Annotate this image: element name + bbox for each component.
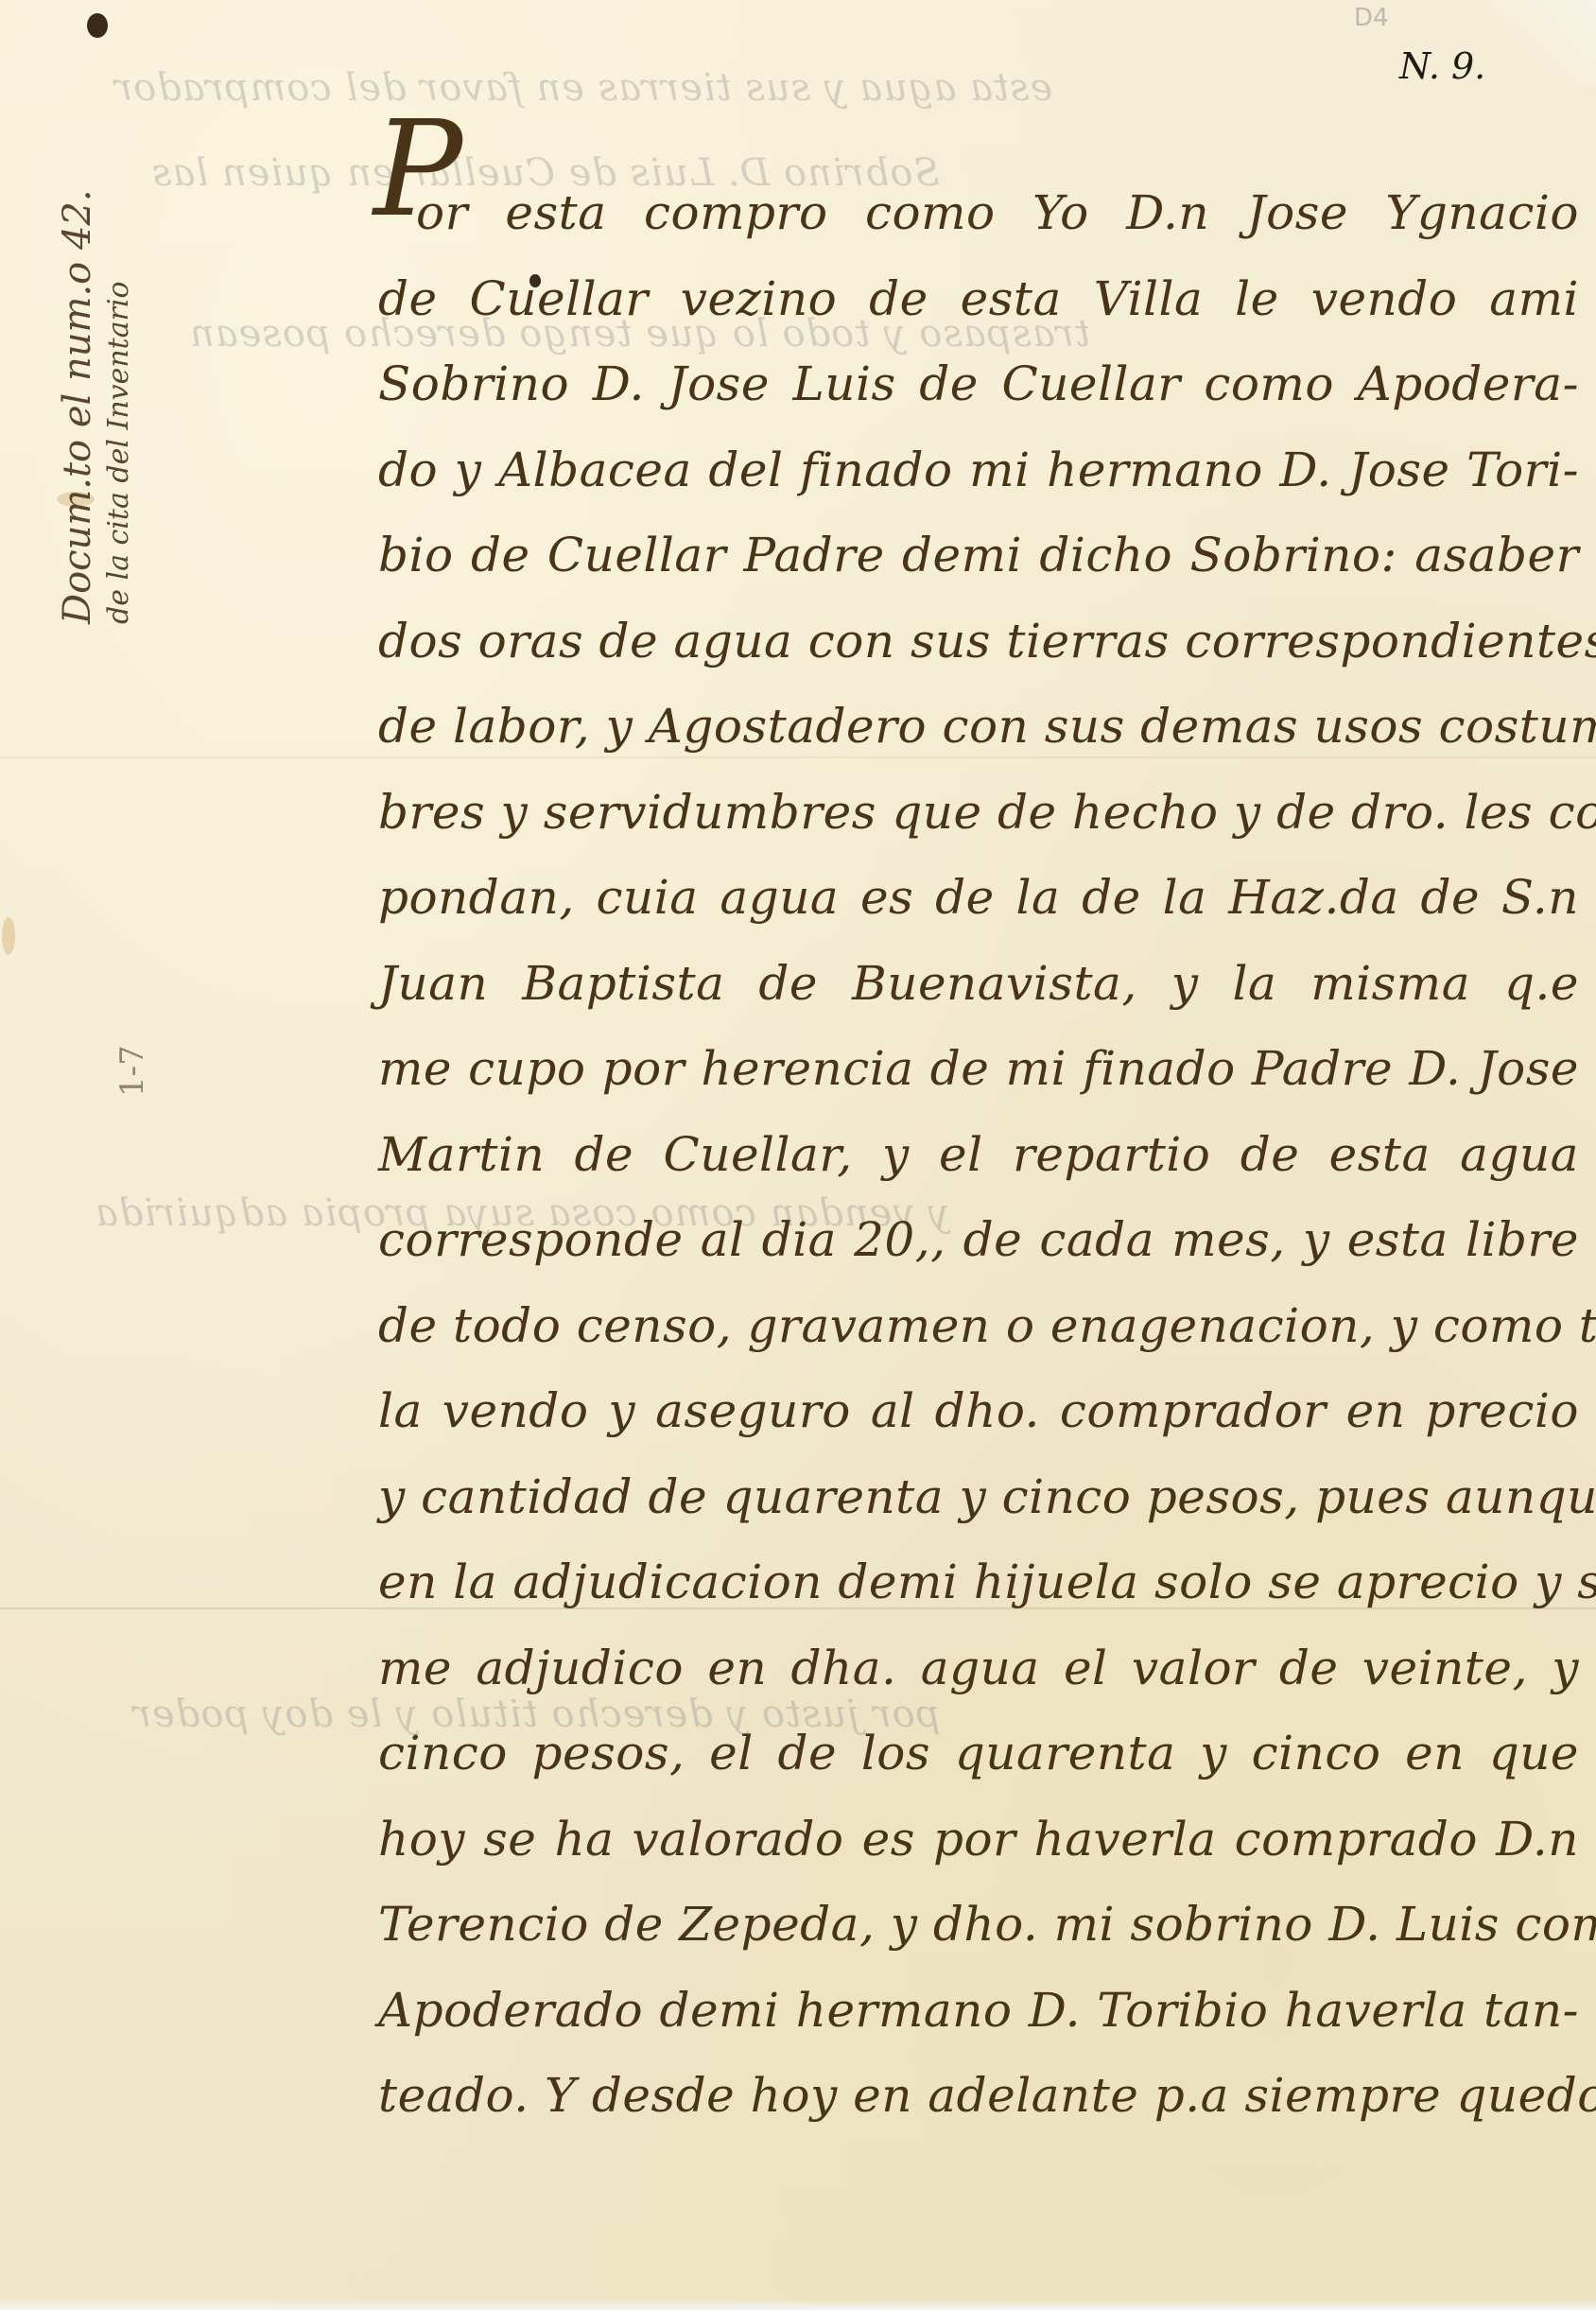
text-line: corresponde al dia 20,, de cada mes, y e… (378, 1197, 1579, 1283)
text-line: Martin de Cuellar, y el repartio de esta… (378, 1112, 1579, 1198)
text-line: bio de Cuellar Padre demi dicho Sobrino:… (378, 512, 1579, 599)
margin-mark: 1-7 (113, 1045, 151, 1097)
text-line: de todo censo, gravamen o enagenacion, y… (378, 1283, 1579, 1369)
text-line: do y Albacea del finado mi hermano D. Jo… (378, 427, 1579, 513)
text-line: me adjudico en dha. agua el valor de vei… (378, 1625, 1579, 1711)
text-line: en la adjudicacion demi hijuela solo se … (378, 1539, 1579, 1625)
text-line: Terencio de Zepeda, y dho. mi sobrino D.… (378, 1882, 1579, 1968)
text-line: Juan Baptista de Buenavista, y la misma … (378, 941, 1579, 1027)
text-line: Apoderado demi hermano D. Toribio haverl… (378, 1968, 1579, 2054)
text-line: or esta compro como Yo D.n Jose Ygnacio (378, 170, 1579, 256)
text-line: teado. Y desde hoy en adelante p.a siemp… (378, 2053, 1579, 2139)
text-line: Sobrino D. Jose Luis de Cuellar como Apo… (378, 341, 1579, 427)
text-line: hoy se ha valorado es por haverla compra… (378, 1797, 1579, 1883)
text-line: y cantidad de quarenta y cinco pesos, pu… (378, 1454, 1579, 1540)
text-line: bres y servidumbres que de hecho y de dr… (378, 770, 1579, 856)
text-line: me cupo por herencia de mi finado Padre … (378, 1026, 1579, 1112)
manuscript-page: esta agua y sus tierras en favor del com… (0, 0, 1596, 2310)
text-line: de labor, y Agostadero con sus demas uso… (378, 684, 1579, 770)
bleed-through-text: esta agua y sus tierras en favor del com… (113, 66, 1052, 110)
torn-page-edge (0, 2299, 1596, 2310)
margin-annotation-line: de la cita del Inventario (98, 113, 140, 624)
margin-annotation: Docum.to el num.o 42. de la cita del Inv… (57, 113, 170, 624)
ink-blot (87, 13, 108, 38)
pencil-page-mark: D4 (1354, 4, 1389, 32)
margin-annotation-line: Docum.to el num.o 42. (57, 113, 98, 624)
text-line: pondan, cuia agua es de la de la Haz.da … (378, 855, 1579, 941)
text-line: de Cuellar vezino de esta Villa le vendo… (378, 256, 1579, 342)
text-line: cinco pesos, el de los quarenta y cinco … (378, 1711, 1579, 1797)
page-number: N. 9. (1399, 45, 1485, 87)
paper-stain (2, 917, 15, 955)
text-line: dos oras de agua con sus tierras corresp… (378, 599, 1579, 685)
text-line: la vendo y aseguro al dho. comprador en … (378, 1368, 1579, 1454)
manuscript-body: or esta compro como Yo D.n Jose Ygnacio … (378, 170, 1579, 2139)
